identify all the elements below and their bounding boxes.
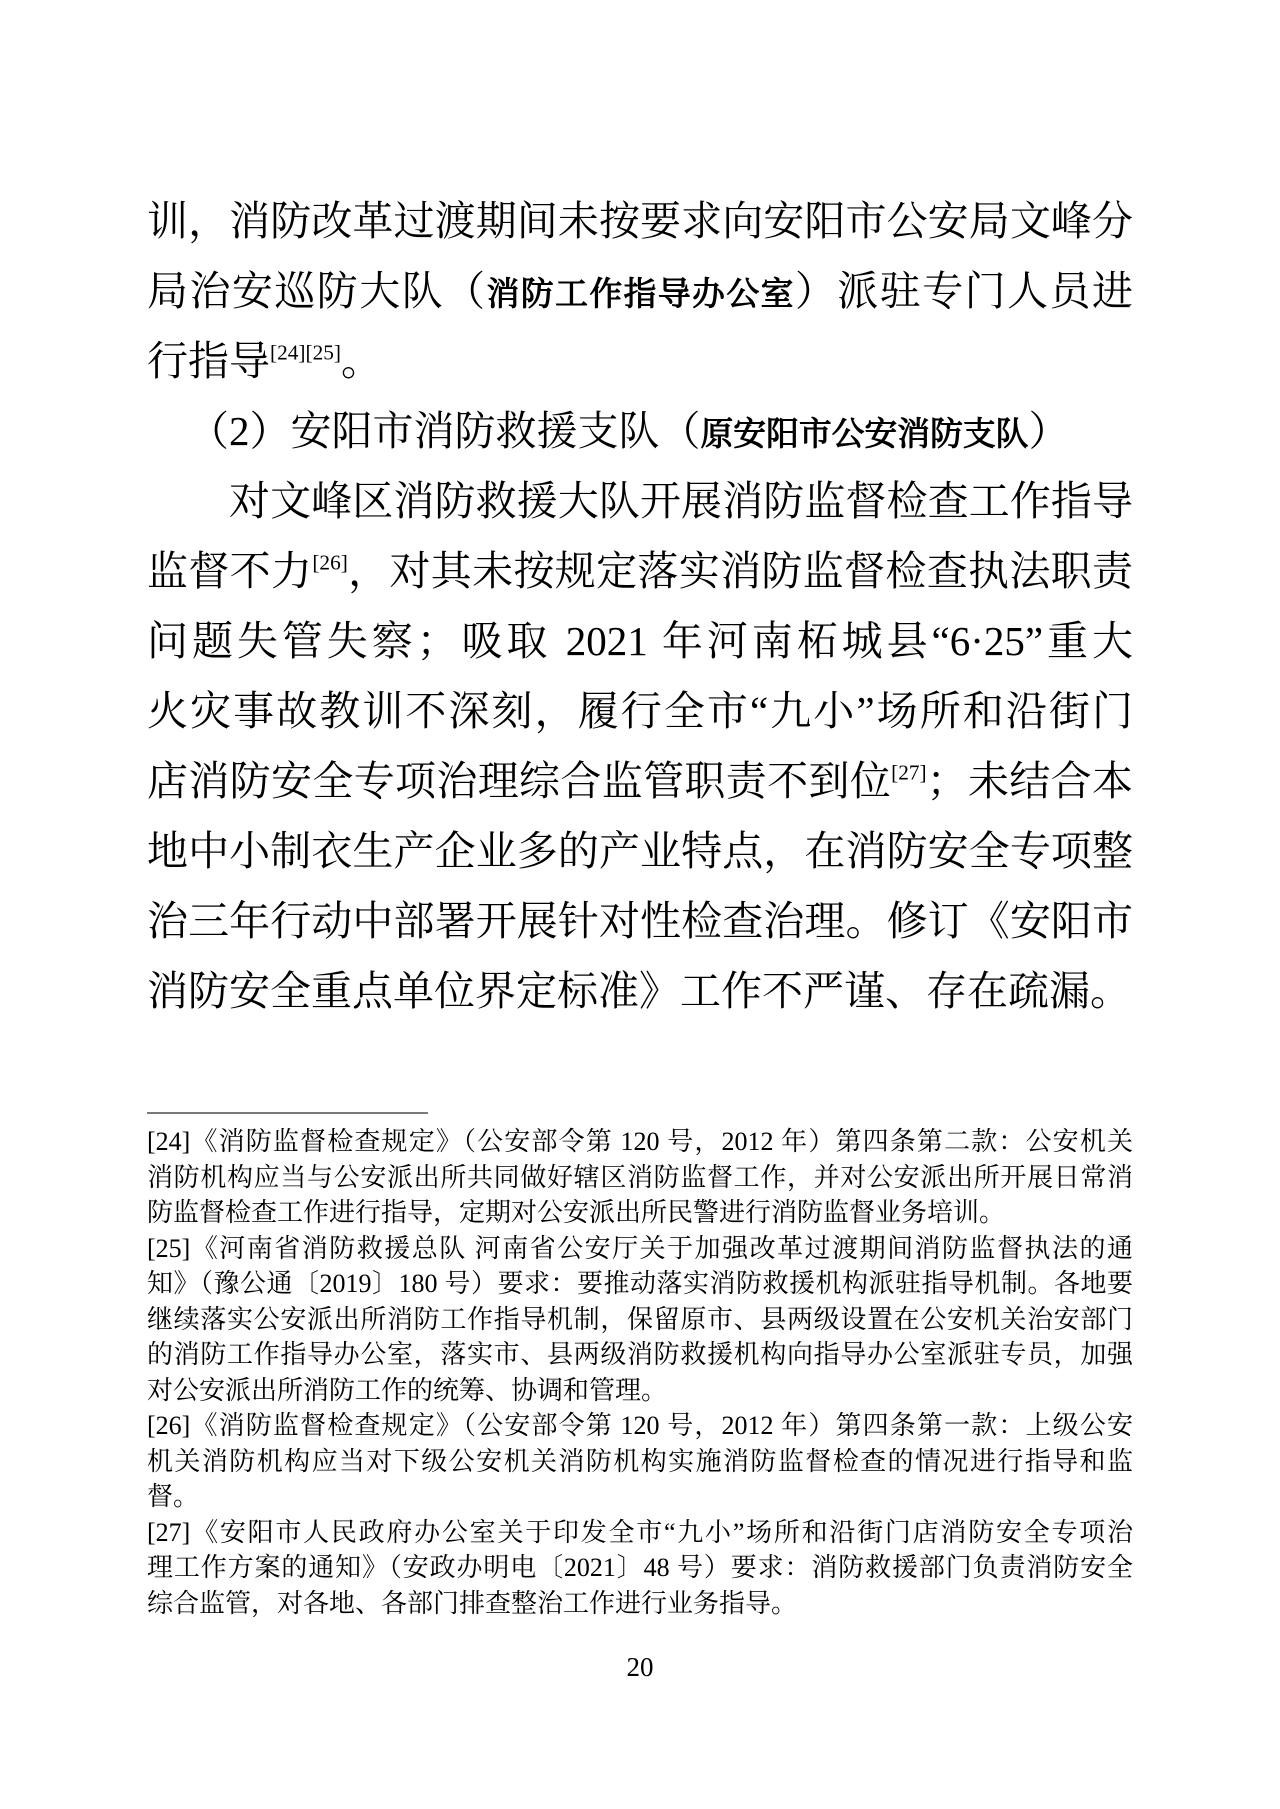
- text-segment: 。: [341, 338, 382, 384]
- body-line: 治三年行动中部署开展针对性检查治理。修订《安阳市: [147, 886, 1133, 956]
- text-segment: 对文峰区消防救援大队开展消防监督检查工作指导: [229, 478, 1133, 524]
- body-line: 监督不力[26]，对其未按规定落实消防监督检查执法职责: [147, 536, 1133, 606]
- footnote-line: [24]《消防监督检查规定》（公安部令第 120 号，2012 年）第四条第二款…: [147, 1124, 1133, 1160]
- footnote-line: 防监督检查工作进行指导，定期对公安派出所民警进行消防监督业务培训。: [147, 1195, 1133, 1231]
- text-segment: 行指导: [147, 338, 270, 384]
- footnote-line: 对公安派出所消防工作的统筹、协调和管理。: [147, 1373, 1133, 1409]
- footnote-id: [25]: [147, 1234, 190, 1263]
- footnote-line: 的消防工作指导办公室，落实市、县两级消防救援机构向指导办公室派驻专员，加强: [147, 1337, 1133, 1373]
- text-segment: 消防安全重点单位界定标准》工作不严谨、存在疏漏。: [147, 968, 1131, 1014]
- footnote-ref-superscript: [24][25]: [270, 341, 341, 365]
- footnote-line: 理工作方案的通知》（安政办明电〔2021〕48 号）要求：消防救援部门负责消防安…: [147, 1550, 1133, 1586]
- footnote-line: 知》（豫公通〔2019〕180 号）要求：要推动落实消防救援机构派驻指导机制。各…: [147, 1266, 1133, 1302]
- body-line: （2）安阳市消防救援支队（原安阳市公安消防支队）: [147, 396, 1133, 466]
- footnotes: [24]《消防监督检查规定》（公安部令第 120 号，2012 年）第四条第二款…: [147, 1124, 1133, 1621]
- footnote-line: 督。: [147, 1479, 1133, 1515]
- text-segment: ）: [1028, 408, 1069, 454]
- text-segment: 火灾事故教训不深刻，履行全市“九小”场所和沿街门: [147, 688, 1133, 734]
- text-segment: 店消防安全专项治理综合监管职责不到位: [147, 758, 891, 804]
- text-segment: 局治安巡防大队（: [147, 268, 487, 314]
- footnote-line: [26]《消防监督检查规定》（公安部令第 120 号，2012 年）第四条第一款…: [147, 1408, 1133, 1444]
- footnote-line: [25]《河南省消防救援总队 河南省公安厅关于加强改革过渡期间消防监督执法的通: [147, 1231, 1133, 1267]
- footnote-line: 继续落实公安派出所消防工作指导机制，保留原市、县两级设置在公安机关治安部门: [147, 1302, 1133, 1338]
- body-line: 消防安全重点单位界定标准》工作不严谨、存在疏漏。: [147, 956, 1133, 1026]
- footnote-line: [27]《安阳市人民政府办公室关于印发全市“九小”场所和沿街门店消防安全专项治: [147, 1515, 1133, 1551]
- footnote-line: 机关消防机构应当对下级公安机关消防机构实施消防监督检查的情况进行指导和监: [147, 1444, 1133, 1480]
- parenthetical-annotation: 原安阳市公安消防支队: [701, 417, 1029, 453]
- body-line: 店消防安全专项治理综合监管职责不到位[27]；未结合本: [147, 746, 1133, 816]
- document-page: 训，消防改革过渡期间未按要求向安阳市公安局文峰分局治安巡防大队（消防工作指导办公…: [0, 0, 1280, 1809]
- footnote-ref-superscript: [26]: [312, 551, 348, 575]
- footnote-id: [27]: [147, 1518, 190, 1547]
- body-line: 对文峰区消防救援大队开展消防监督检查工作指导: [147, 466, 1133, 536]
- footnote-line: 消防机构应当与公安派出所共同做好辖区消防监督工作，并对公安派出所开展日常消: [147, 1160, 1133, 1196]
- text-segment: （2）安阳市消防救援支队（: [188, 408, 701, 454]
- body-line: 局治安巡防大队（消防工作指导办公室）派驻专门人员进: [147, 256, 1133, 326]
- page-number: 20: [147, 1652, 1133, 1683]
- body-text: 训，消防改革过渡期间未按要求向安阳市公安局文峰分局治安巡防大队（消防工作指导办公…: [147, 186, 1133, 1026]
- body-line: 地中小制衣生产企业多的产业特点，在消防安全专项整: [147, 816, 1133, 886]
- text-segment: ）派驻专门人员进: [795, 268, 1133, 314]
- text-segment: 监督不力: [147, 548, 312, 594]
- body-line: 问题失管失察；吸取 2021 年河南柘城县“6·25”重大: [147, 606, 1133, 676]
- text-segment: 问题失管失察；吸取 2021 年河南柘城县“6·25”重大: [147, 618, 1133, 664]
- text-segment: ；未结合本: [927, 758, 1133, 804]
- footnote-separator: [147, 1112, 428, 1114]
- text-segment: 地中小制衣生产企业多的产业特点，在消防安全专项整: [147, 828, 1133, 874]
- footnote-id: [26]: [147, 1411, 190, 1440]
- footnote-id: [24]: [147, 1127, 190, 1156]
- parenthetical-annotation: 消防工作指导办公室: [487, 277, 795, 313]
- footnote-ref-superscript: [27]: [891, 761, 927, 785]
- text-segment: 训，消防改革过渡期间未按要求向安阳市公安局文峰分: [147, 198, 1133, 244]
- body-line: 行指导[24][25]。: [147, 326, 1133, 396]
- body-line: 火灾事故教训不深刻，履行全市“九小”场所和沿街门: [147, 676, 1133, 746]
- text-segment: ，对其未按规定落实消防监督检查执法职责: [348, 548, 1133, 594]
- footnote-line: 综合监管，对各地、各部门排查整治工作进行业务指导。: [147, 1586, 1133, 1622]
- text-segment: 治三年行动中部署开展针对性检查治理。修订《安阳市: [147, 898, 1133, 944]
- body-line: 训，消防改革过渡期间未按要求向安阳市公安局文峰分: [147, 186, 1133, 256]
